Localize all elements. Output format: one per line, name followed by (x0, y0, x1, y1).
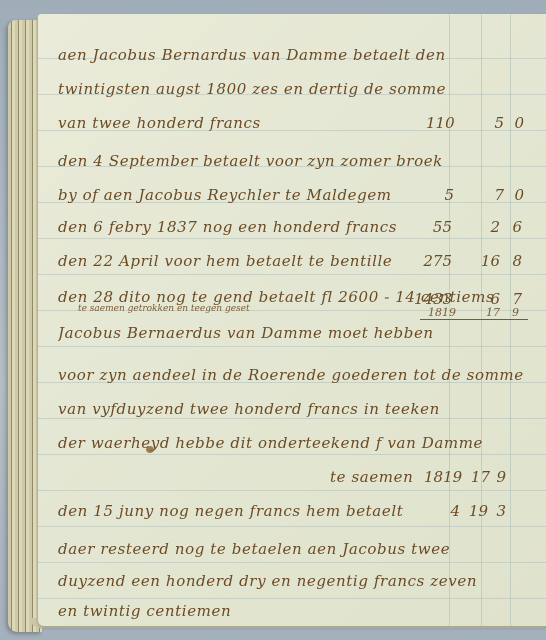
ledger-line: van twee honderd francs (58, 98, 528, 132)
ledger-line: van vyfduyzend twee honderd francs in te… (58, 384, 528, 418)
amount-francs: 110 (426, 114, 454, 132)
amount-part2: 6 (508, 218, 522, 236)
line-text: voor zyn aendeel in de Roerende goederen… (58, 366, 528, 384)
amount-part1: 17 (470, 468, 490, 486)
ledger-line: Jacobus Bernaerdus van Damme moet hebben (58, 308, 528, 342)
line-text: en twintig centiemen (58, 602, 528, 620)
amount-part1: 19 (468, 502, 488, 520)
ledger-line: by of aen Jacobus Reychler te Maldegem (58, 170, 528, 204)
ledger-line: daer resteerd nog te betaelen aen Jacobu… (58, 524, 528, 558)
ruled-line (38, 346, 546, 347)
ledger-line: den 28 dito nog te gend betaelt fl 2600 … (58, 272, 528, 306)
book-page-edges (8, 20, 42, 632)
amount-francs: 275 (418, 252, 452, 270)
line-text: der waerheyd hebbe dit onderteekend f va… (58, 434, 528, 452)
amount-part2: 8 (508, 252, 522, 270)
amount-part1: 16 (480, 252, 500, 270)
ledger-line: twintigsten augst 1800 zes en dertig de … (58, 64, 528, 98)
ledger-line: den 22 April voor hem betaelt te bentill… (58, 236, 528, 270)
ledger-line: der waerheyd hebbe dit onderteekend f va… (58, 418, 528, 452)
ruled-line (38, 454, 546, 455)
line-text: den 4 September betaelt voor zyn zomer b… (58, 152, 528, 170)
ledger-line: voor zyn aendeel in de Roerende goederen… (58, 350, 528, 384)
line-text: van vyfduyzend twee honderd francs in te… (58, 400, 528, 418)
ledger-line: duyzend een honderd dry en negentig fran… (58, 556, 528, 590)
amount-part2: 0 (512, 114, 524, 132)
line-text: van twee honderd francs (58, 114, 528, 132)
ledger-line: aen Jacobus Bernardus van Damme betaelt … (58, 30, 528, 64)
line-text: den 6 febry 1837 nog een honderd francs (58, 218, 528, 236)
line-text: te saemen (330, 468, 420, 486)
amount-francs: 4 (448, 502, 460, 520)
line-text: Jacobus Bernaerdus van Damme moet hebben (58, 324, 528, 342)
line-text: twintigsten augst 1800 zes en dertig de … (58, 80, 528, 98)
line-text: aen Jacobus Bernardus van Damme betaelt … (58, 46, 528, 64)
ledger-line: den 4 September betaelt voor zyn zomer b… (58, 136, 528, 170)
line-text: den 22 April voor hem betaelt te bentill… (58, 252, 528, 270)
ledger-line: en twintig centiemen (58, 586, 528, 620)
amount-part2: 9 (494, 468, 506, 486)
ledger-line: den 6 febry 1837 nog een honderd francs (58, 202, 528, 236)
amount-part2: 3 (494, 502, 506, 520)
ink-blot (146, 446, 154, 453)
amount-francs: 55 (424, 218, 452, 236)
ledger-line: te saemen (330, 452, 420, 486)
amount-francs: 1819 (424, 468, 458, 486)
amount-part1: 5 (492, 114, 504, 132)
amount-part1: 2 (486, 218, 500, 236)
